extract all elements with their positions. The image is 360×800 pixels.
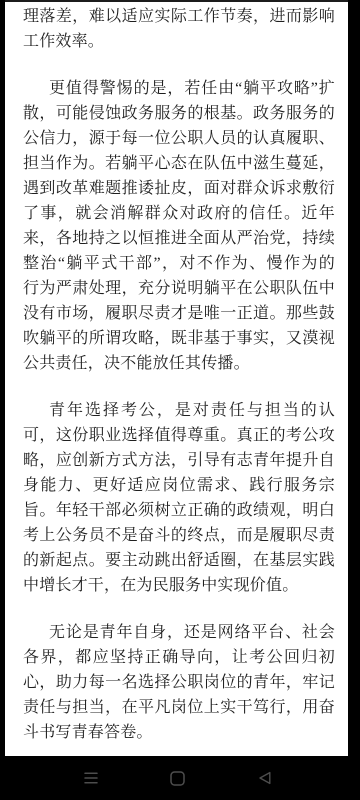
text-line: 担当作为。若躺平心态在队伍中滋生蔓延， [23, 151, 335, 176]
back-icon [257, 771, 272, 785]
text-line: 的新起点。要主动跳出舒适圈，在基层实践 [23, 548, 335, 573]
text-line: 来，各地持之以恒推进全面从严治党，持续 [23, 226, 335, 251]
text-line: 略，应创新方式方法，引导有志青年提升自 [23, 448, 335, 473]
text-line: 遇到改革难题推诿扯皮，面对群众诉求敷衍 [23, 176, 335, 201]
text-line: 心，助力每一名选择公职岗位的青年，牢记 [23, 670, 335, 695]
text-line: 工作效率。 [23, 29, 335, 54]
page-top-edge [5, 0, 348, 2]
text-line: 身能力、更好适应岗位需求、践行服务宗 [23, 473, 335, 498]
document-body: 理落差，难以适应实际工作节奏，进而影响工作效率。更值得警惕的是，若任由“躺平攻略… [5, 0, 348, 745]
text-line: 无论是青年自身，还是网络平台、社会 [23, 620, 335, 645]
text-line: 斗书写青春答卷。 [23, 720, 335, 745]
text-line: 中增长才干，在为民服务中实现价值。 [23, 573, 335, 598]
text-line: 考上公务员不是奋斗的终点，而是履职尽责 [23, 523, 335, 548]
text-line: 行为严肃处理，充分说明躺平在公职队伍中 [23, 276, 335, 301]
home-icon [170, 771, 185, 786]
text-line: 吹躺平的所谓攻略，既非基于事实，又漠视 [23, 326, 335, 351]
home-button[interactable] [169, 770, 185, 786]
text-line: 理落差，难以适应实际工作节奏，进而影响 [23, 4, 335, 29]
phone-screen: 理落差，难以适应实际工作节奏，进而影响工作效率。更值得警惕的是，若任由“躺平攻略… [0, 0, 360, 800]
paragraph: 无论是青年自身，还是网络平台、社会各界，都应坚持正确导向，让考公回归初心，助力每… [23, 620, 335, 745]
android-navigation-bar [0, 756, 360, 800]
text-line: 公共责任，决不能放任其传播。 [23, 351, 335, 376]
document-page[interactable]: 理落差，难以适应实际工作节奏，进而影响工作效率。更值得警惕的是，若任由“躺平攻略… [5, 0, 348, 756]
menu-icon [84, 772, 98, 784]
text-line: 公信力，源于每一位公职人员的认真履职、 [23, 126, 335, 151]
paragraph: 青年选择考公，是对责任与担当的认可，这份职业选择值得尊重。真正的考公攻略，应创新… [23, 398, 335, 598]
paragraph: 更值得警惕的是，若任由“躺平攻略”扩散，可能侵蚀政务服务的根基。政务服务的公信力… [23, 76, 335, 376]
text-line: 旨。年轻干部必须树立正确的政绩观，明白 [23, 498, 335, 523]
text-line: 没有市场，履职尽责才是唯一正道。那些鼓 [23, 301, 335, 326]
recents-menu-button[interactable] [83, 770, 99, 786]
paragraph: 理落差，难以适应实际工作节奏，进而影响工作效率。 [23, 4, 335, 54]
text-line: 更值得警惕的是，若任由“躺平攻略”扩 [23, 76, 335, 101]
text-line: 散，可能侵蚀政务服务的根基。政务服务的 [23, 101, 335, 126]
text-line: 了事，就会消解群众对政府的信任。近年 [23, 201, 335, 226]
back-button[interactable] [256, 770, 272, 786]
text-line: 整治“躺平式干部”，对不作为、慢作为的 [23, 251, 335, 276]
text-line: 各界，都应坚持正确导向，让考公回归初 [23, 645, 335, 670]
text-line: 青年选择考公，是对责任与担当的认 [23, 398, 335, 423]
text-line: 责任与担当，在平凡岗位上实干笃行，用奋 [23, 695, 335, 720]
text-line: 可，这份职业选择值得尊重。真正的考公攻 [23, 423, 335, 448]
